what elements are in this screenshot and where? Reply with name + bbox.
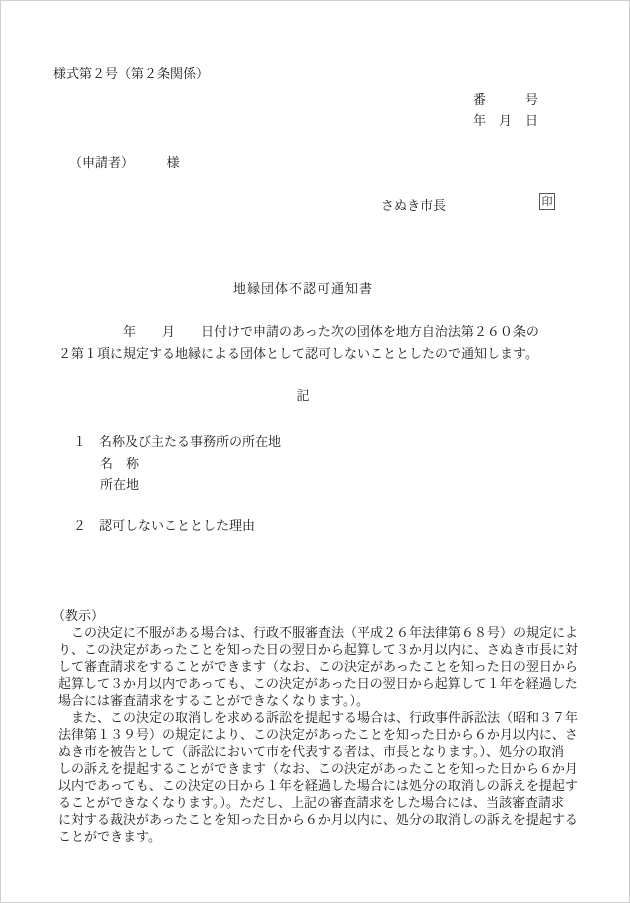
- sender-mayor-title: さぬき市長: [381, 195, 446, 216]
- list-item-1-address-label: 所在地: [100, 474, 139, 495]
- seal-stamp-icon: 印: [539, 193, 555, 210]
- notice-body-paragraph: 年 月 日付けで申請のあった次の団体を地方自治法第２６０条の ２第１項に規定する…: [58, 321, 618, 365]
- kyoji-paragraph-1: この決定に不服がある場合は、行政不服審査法（平成２６年法律第６８号）の規定によ …: [58, 624, 624, 709]
- document-number-line: 番 号: [473, 89, 538, 110]
- list-item-1-name-label: 名 称: [100, 453, 139, 474]
- list-item-1-heading: １ 名称及び主たる事務所の所在地: [73, 431, 281, 452]
- ki-section-marker: 記: [53, 385, 553, 406]
- list-item-2-heading: ２ 認可しないこととした理由: [73, 515, 255, 536]
- form-number: 様式第２号（第２条関係）: [53, 63, 209, 84]
- recipient-applicant-line: （申請者） 様: [69, 152, 180, 173]
- document-date-line: 年 月 日: [473, 110, 538, 131]
- notice-document-page: 様式第２号（第２条関係） 番 号 年 月 日 （申請者） 様 さぬき市長 印 地…: [0, 0, 630, 903]
- document-title: 地縁団体不認可通知書: [53, 278, 553, 299]
- kyoji-section-heading: （教示）: [52, 607, 104, 624]
- kyoji-paragraph-2: また、この決定の取消しを求める訴訟を提起する場合は、行政事件訴訟法（昭和３７年 …: [58, 709, 624, 845]
